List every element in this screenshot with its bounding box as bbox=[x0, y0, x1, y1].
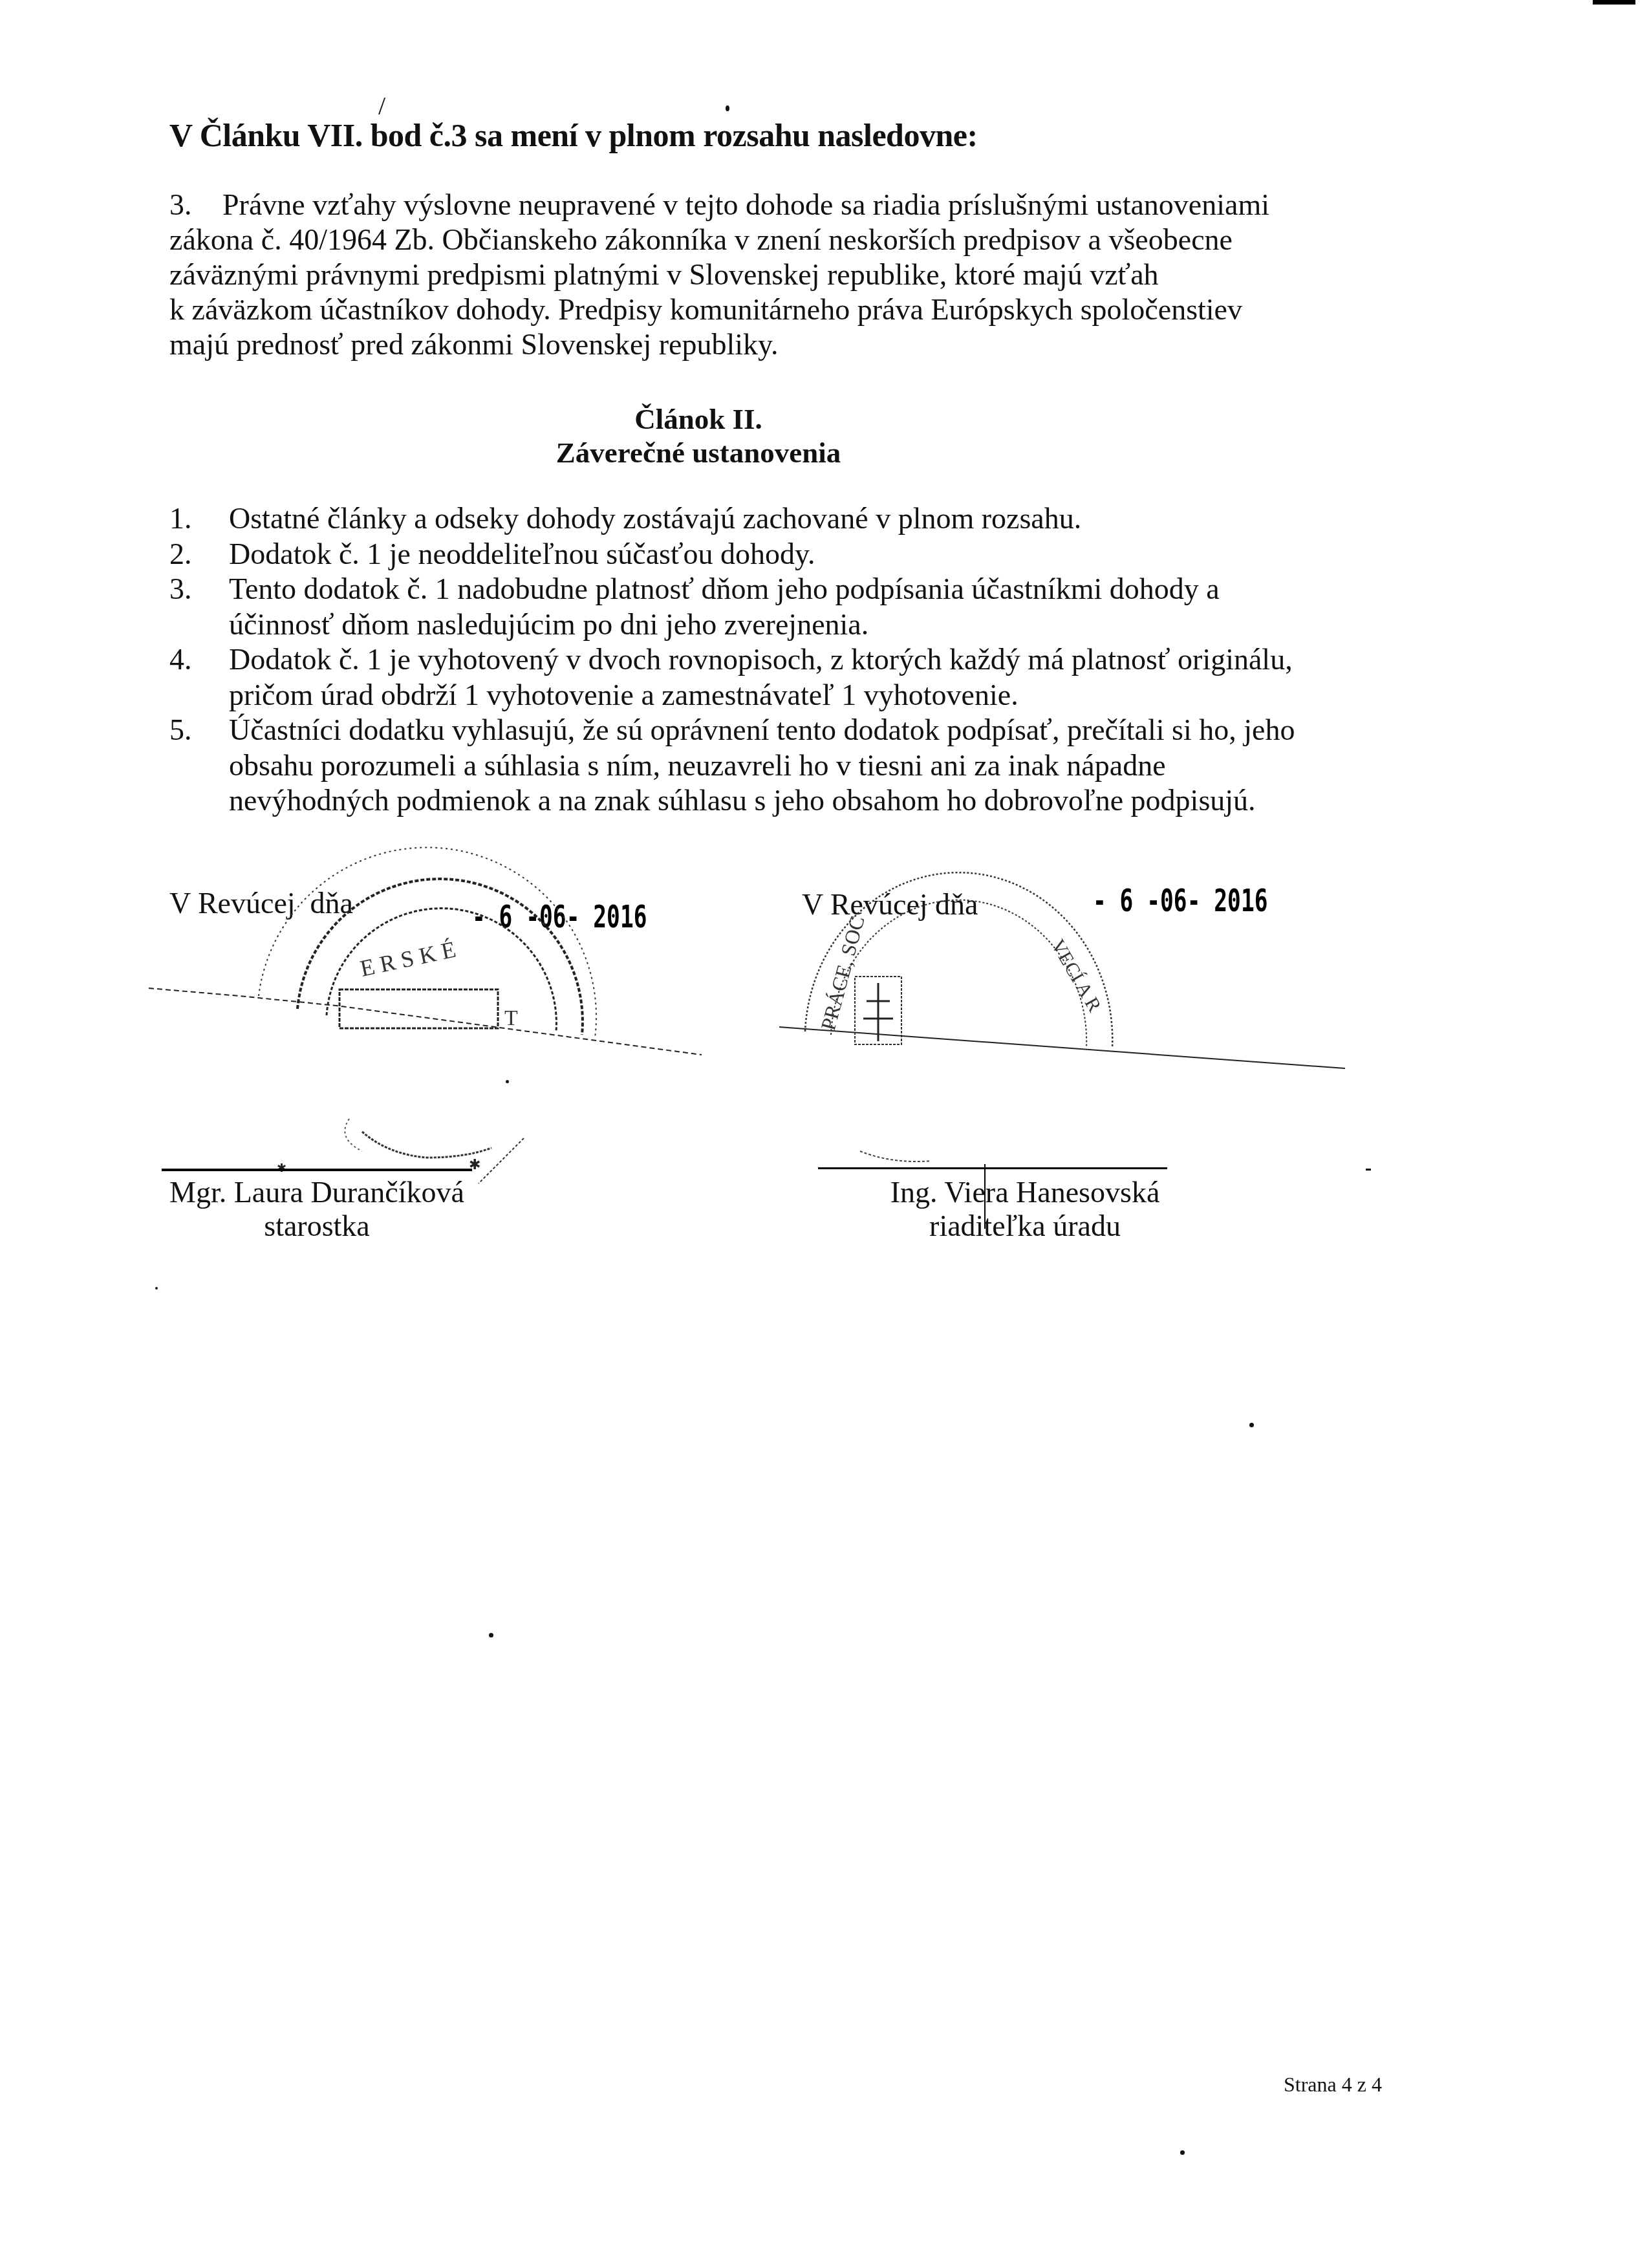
scan-artifact-dot bbox=[1249, 1423, 1254, 1427]
right-signature-line bbox=[818, 1167, 1167, 1169]
scan-artifact-dot bbox=[155, 1287, 158, 1290]
scan-artifact-dot bbox=[1180, 2150, 1185, 2155]
right-signature-scribble bbox=[0, 0, 1649, 2268]
scan-artifact-dash bbox=[1366, 1169, 1371, 1171]
right-signatory-role: riaditeľka úradu bbox=[818, 1209, 1232, 1243]
page-number: Strana 4 z 4 bbox=[1284, 2073, 1382, 2097]
right-signatory-name: Ing. Viera Hanesovská bbox=[818, 1176, 1232, 1209]
scan-artifact-dot bbox=[489, 1633, 493, 1637]
